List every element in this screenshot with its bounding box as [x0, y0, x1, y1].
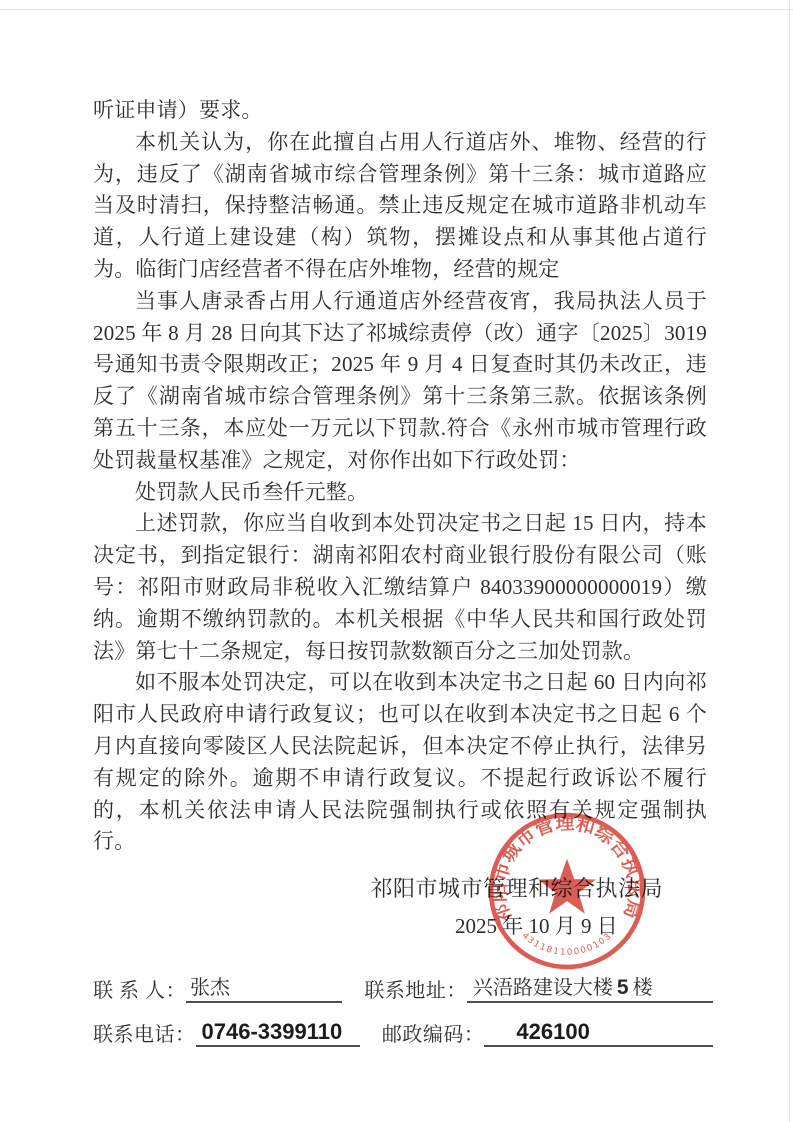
- paragraph-findings: 本机关认为，你在此擅自占用人行道店外、堆物、经营的行为，违反了《湖南省城市综合管…: [93, 127, 707, 286]
- scan-artifact-top-line: [0, 9, 793, 10]
- paragraph-penalty-amount: 处罚款人民币叁仟元整。: [93, 477, 707, 509]
- contact-phone-label: 联系电话：: [93, 1018, 196, 1047]
- postcode-text: 426100: [516, 1019, 589, 1044]
- scanned-penalty-decision-page: 听证申请）要求。 本机关认为，你在此擅自占用人行道店外、堆物、经营的行为，违反了…: [0, 0, 793, 1122]
- address-text-post: 楼: [633, 977, 653, 999]
- contact-address-label: 联系地址：: [364, 974, 467, 1003]
- seal-star-icon: [538, 859, 596, 914]
- contact-phone-value: 0746-3399110: [196, 1019, 360, 1047]
- footer-row-1: 联 系 人： 张杰 联系地址： 兴浯路建设大楼5楼: [93, 974, 713, 1003]
- phone-number-text: 0746-3399110: [202, 1019, 343, 1044]
- paragraph-facts: 当事人唐录香占用人行通道店外经营夜宵，我局执法人员于 2025 年 8 月 28…: [93, 286, 707, 477]
- paragraph-continuation: 听证申请）要求。: [93, 95, 707, 127]
- contact-footer: 联 系 人： 张杰 联系地址： 兴浯路建设大楼5楼 联系电话： 0746-339…: [93, 974, 713, 1062]
- address-text-pre: 兴浯路建设大楼: [473, 977, 613, 999]
- contact-person-value: 张杰: [186, 975, 342, 1003]
- address-floor-number: 5: [617, 976, 629, 999]
- contact-person-label: 联 系 人：: [93, 974, 186, 1003]
- official-seal: 祁阳市城市管理和综合执法局 43118110000103: [486, 810, 648, 972]
- contact-address-value: 兴浯路建设大楼5楼: [467, 975, 713, 1003]
- seal-code-text: 43118110000103: [520, 931, 615, 958]
- footer-row-2: 联系电话： 0746-3399110 邮政编码： 426100: [93, 1018, 713, 1047]
- document-body: 听证申请）要求。 本机关认为，你在此擅自占用人行道店外、堆物、经营的行为，违反了…: [93, 95, 707, 858]
- postcode-value: 426100: [484, 1019, 713, 1047]
- scan-artifact-right-line: [789, 0, 790, 1122]
- postcode-label: 邮政编码：: [382, 1018, 485, 1047]
- paragraph-payment-instructions: 上述罚款，你应当自收到本处罚决定书之日起 15 日内，持本决定书，到指定银行：湖…: [93, 508, 707, 667]
